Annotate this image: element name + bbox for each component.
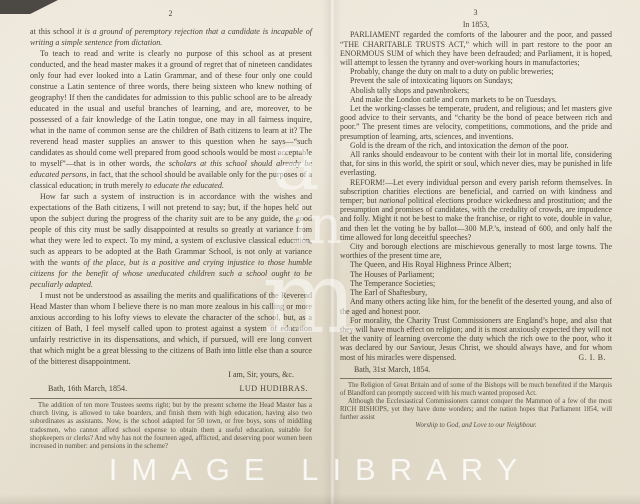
letter-closing: I am, Sir, yours, &c. xyxy=(30,369,312,380)
italic-text: national xyxy=(379,196,405,205)
paragraph: Although the Ecclesiastical Commissioner… xyxy=(340,398,612,422)
italic-text: demon xyxy=(509,141,530,150)
paragraph: REFORM!—Let every individual person and … xyxy=(340,178,612,242)
letter-signature-left: LUD HUDIBRAS. xyxy=(239,383,312,394)
body-text: The Earl of Shaftesbury, xyxy=(350,288,427,297)
paragraph: And make the London cattle and corn mark… xyxy=(340,95,612,104)
body-text: of the poor. xyxy=(530,141,568,150)
paragraph: All ranks should endeavour to be content… xyxy=(340,150,612,178)
paragraph: Let the working-classes be temperate, pr… xyxy=(340,104,612,141)
right-page-body: PARLIAMENT regarded the comforts of the … xyxy=(340,30,612,361)
body-text: I must not be understood as assailing th… xyxy=(30,291,312,366)
right-page-footnote: The Religion of Great Britain and of som… xyxy=(340,382,612,430)
paragraph: Gold is the dream of the rich, and intox… xyxy=(340,141,612,150)
body-text: Abolish tally shops and pawnbrokers; xyxy=(350,86,469,95)
body-text: Prevent the sale of intoxicating liquors… xyxy=(350,76,513,85)
right-page: 3 In 1853, PARLIAMENT regarded the comfo… xyxy=(340,8,612,430)
paragraph: The addition of ten more Trustees seems … xyxy=(30,402,312,451)
paragraph: Worship to God, and Love to our Neighbou… xyxy=(340,422,612,430)
page-number-left: 2 xyxy=(30,8,312,19)
paragraph: Probably, change the duty on malt to a d… xyxy=(340,67,612,76)
watermark-image-library: IMAGE LIBRARY xyxy=(0,452,640,488)
footnote-rule-left xyxy=(30,398,312,399)
body-text: City and borough elections are mischievo… xyxy=(340,242,612,260)
paragraph: The Queen, and His Royal Highness Prince… xyxy=(340,260,612,269)
body-text: The Queen, and His Royal Highness Prince… xyxy=(350,260,511,269)
letter-date-right: Bath, 31st March, 1854. xyxy=(340,365,612,374)
paragraph: I must not be understood as assailing th… xyxy=(30,290,312,367)
paragraph: To teach to read and write is clearly no… xyxy=(30,48,312,191)
paragraph: And many others acting like him, for the… xyxy=(340,297,612,315)
body-text: To teach to read and write is clearly no… xyxy=(30,49,312,168)
letter-date-left: Bath, 16th March, 1854. xyxy=(30,383,127,394)
footnote-rule-right xyxy=(340,378,612,379)
paragraph: How far such a system of instruction is … xyxy=(30,191,312,290)
paragraph: The Temperance Societies; xyxy=(340,279,612,288)
paragraph: City and borough elections are mischievo… xyxy=(340,242,612,260)
left-page: 2 at this school it is a ground of perem… xyxy=(30,8,312,451)
section-heading: In 1853, xyxy=(340,20,612,29)
body-text: And many others acting like him, for the… xyxy=(340,297,612,315)
paragraph: The Religion of Great Britain and of som… xyxy=(340,382,612,398)
italic-text: to educate the educated. xyxy=(145,181,224,190)
paragraph: The Houses of Parliament; xyxy=(340,270,612,279)
body-text: Gold is the dream of the rich, and intox… xyxy=(350,141,509,150)
paragraph: The Earl of Shaftesbury, xyxy=(340,288,612,297)
body-text: All ranks should endeavour to be content… xyxy=(340,150,612,177)
scanned-pamphlet-photo: 2 at this school it is a ground of perem… xyxy=(0,0,640,504)
left-page-body: at this school it is a ground of perempt… xyxy=(30,26,312,367)
body-text: PARLIAMENT regarded the comforts of the … xyxy=(340,30,612,67)
body-text: The Houses of Parliament; xyxy=(350,270,434,279)
body-text: The Temperance Societies; xyxy=(350,279,435,288)
body-text: Probably, change the duty on malt to a d… xyxy=(350,67,554,76)
body-text: Although the Ecclesiastical Commissioner… xyxy=(340,398,612,421)
body-text: at this school xyxy=(30,27,77,36)
paragraph: at this school it is a ground of perempt… xyxy=(30,26,312,48)
body-text: The Religion of Great Britain and of som… xyxy=(340,382,612,397)
body-text: And make the London cattle and corn mark… xyxy=(350,95,557,104)
page-gutter-crease xyxy=(322,0,342,504)
photo-bottom-shadow xyxy=(0,494,640,504)
body-text: The addition of ten more Trustees seems … xyxy=(30,402,312,450)
italic-text: wants of the place, but is a positive an… xyxy=(30,258,312,289)
left-page-footnote: The addition of ten more Trustees seems … xyxy=(30,402,312,451)
paragraph: Prevent the sale of intoxicating liquors… xyxy=(340,76,612,85)
page-number-right: 3 xyxy=(340,8,612,17)
paragraph: Abolish tally shops and pawnbrokers; xyxy=(340,86,612,95)
paragraph: PARLIAMENT regarded the comforts of the … xyxy=(340,30,612,67)
body-text: Let the working-classes be temperate, pr… xyxy=(340,104,612,141)
italic-text: Worship to God, and Love to our Neighbou… xyxy=(415,422,536,429)
signature-row: Bath, 16th March, 1854. LUD HUDIBRAS. xyxy=(30,383,312,394)
body-text: How far such a system of instruction is … xyxy=(30,192,312,267)
